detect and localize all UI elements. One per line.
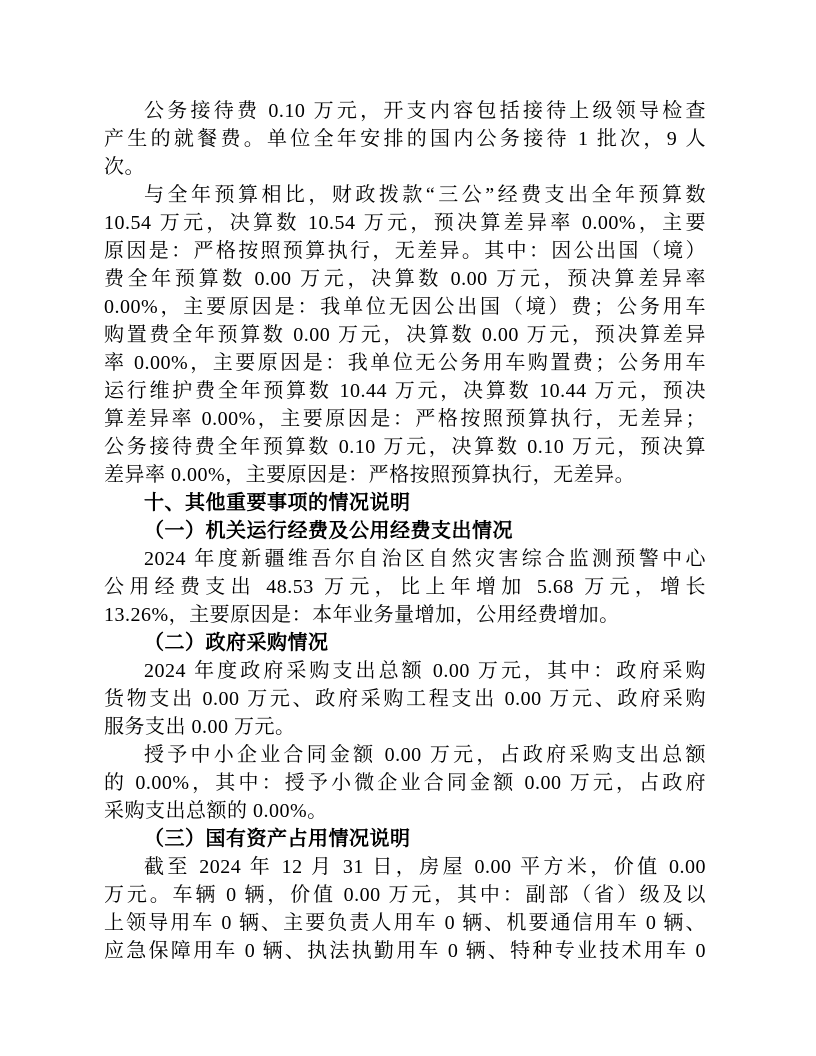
paragraph: 2024 年度新疆维吾尔自治区自然灾害综合监测预警中心公用经费支出 48.53 … [104, 545, 706, 629]
text-line: 0.00%，主要原因是：我单位无因公出国（境）费；公务用车 [104, 293, 706, 321]
section-heading: （一）机关运行经费及公用经费支出情况 [104, 517, 706, 545]
text-line: （一）机关运行经费及公用经费支出情况 [104, 517, 706, 545]
text-line: 购置费全年预算数 0.00 万元，决算数 0.00 万元，预决算差异 [104, 321, 706, 349]
document-page: 公务接待费 0.10 万元，开支内容包括接待上级领导检查产生的就餐费。单位全年安… [0, 0, 816, 1056]
text-line: 2024 年度政府采购支出总额 0.00 万元，其中：政府采购 [104, 657, 706, 685]
text-line: 13.26%，主要原因是：本年业务量增加，公用经费增加。 [104, 601, 706, 629]
text-line: 万元。车辆 0 辆，价值 0.00 万元，其中：副部（省）级及以 [104, 881, 706, 909]
text-line: 算差异率 0.00%，主要原因是：严格按照预算执行，无差异； [104, 405, 706, 433]
text-line: （二）政府采购情况 [104, 629, 706, 657]
text-line: 应急保障用车 0 辆、执法执勤用车 0 辆、特种专业技术用车 0 [104, 937, 706, 965]
text-line: 截至 2024 年 12 月 31 日，房屋 0.00 平方米，价值 0.00 [104, 853, 706, 881]
document-body: 公务接待费 0.10 万元，开支内容包括接待上级领导检查产生的就餐费。单位全年安… [104, 97, 706, 965]
text-line: 服务支出 0.00 万元。 [104, 713, 706, 741]
text-line: 运行维护费全年预算数 10.44 万元，决算数 10.44 万元，预决 [104, 377, 706, 405]
text-line: （三）国有资产占用情况说明 [104, 825, 706, 853]
text-line: 十、其他重要事项的情况说明 [104, 489, 706, 517]
text-line: 2024 年度新疆维吾尔自治区自然灾害综合监测预警中心 [104, 545, 706, 573]
text-line: 公用经费支出 48.53 万元，比上年增加 5.68 万元，增长 [104, 573, 706, 601]
text-line: 与全年预算相比，财政拨款“三公”经费支出全年预算数 [104, 181, 706, 209]
text-line: 次。 [104, 153, 706, 181]
paragraph: 与全年预算相比，财政拨款“三公”经费支出全年预算数10.54 万元，决算数 10… [104, 181, 706, 489]
text-line: 费全年预算数 0.00 万元，决算数 0.00 万元，预决算差异率 [104, 265, 706, 293]
paragraph: 2024 年度政府采购支出总额 0.00 万元，其中：政府采购货物支出 0.00… [104, 657, 706, 741]
text-line: 采购支出总额的 0.00%。 [104, 797, 706, 825]
paragraph: 授予中小企业合同金额 0.00 万元，占政府采购支出总额的 0.00%，其中：授… [104, 741, 706, 825]
section-heading: 十、其他重要事项的情况说明 [104, 489, 706, 517]
text-line: 原因是：严格按照预算执行，无差异。其中：因公出国（境） [104, 237, 706, 265]
section-heading: （二）政府采购情况 [104, 629, 706, 657]
text-line: 率 0.00%，主要原因是：我单位无公务用车购置费；公务用车 [104, 349, 706, 377]
text-line: 产生的就餐费。单位全年安排的国内公务接待 1 批次，9 人 [104, 125, 706, 153]
text-line: 货物支出 0.00 万元、政府采购工程支出 0.00 万元、政府采购 [104, 685, 706, 713]
paragraph: 截至 2024 年 12 月 31 日，房屋 0.00 平方米，价值 0.00万… [104, 853, 706, 965]
text-line: 授予中小企业合同金额 0.00 万元，占政府采购支出总额 [104, 741, 706, 769]
text-line: 差异率 0.00%，主要原因是：严格按照预算执行，无差异。 [104, 461, 706, 489]
text-line: 公务接待费 0.10 万元，开支内容包括接待上级领导检查 [104, 97, 706, 125]
text-line: 公务接待费全年预算数 0.10 万元，决算数 0.10 万元，预决算 [104, 433, 706, 461]
text-line: 10.54 万元，决算数 10.54 万元，预决算差异率 0.00%，主要 [104, 209, 706, 237]
section-heading: （三）国有资产占用情况说明 [104, 825, 706, 853]
text-line: 上领导用车 0 辆、主要负责人用车 0 辆、机要通信用车 0 辆、 [104, 909, 706, 937]
paragraph: 公务接待费 0.10 万元，开支内容包括接待上级领导检查产生的就餐费。单位全年安… [104, 97, 706, 181]
text-line: 的 0.00%，其中：授予小微企业合同金额 0.00 万元，占政府 [104, 769, 706, 797]
